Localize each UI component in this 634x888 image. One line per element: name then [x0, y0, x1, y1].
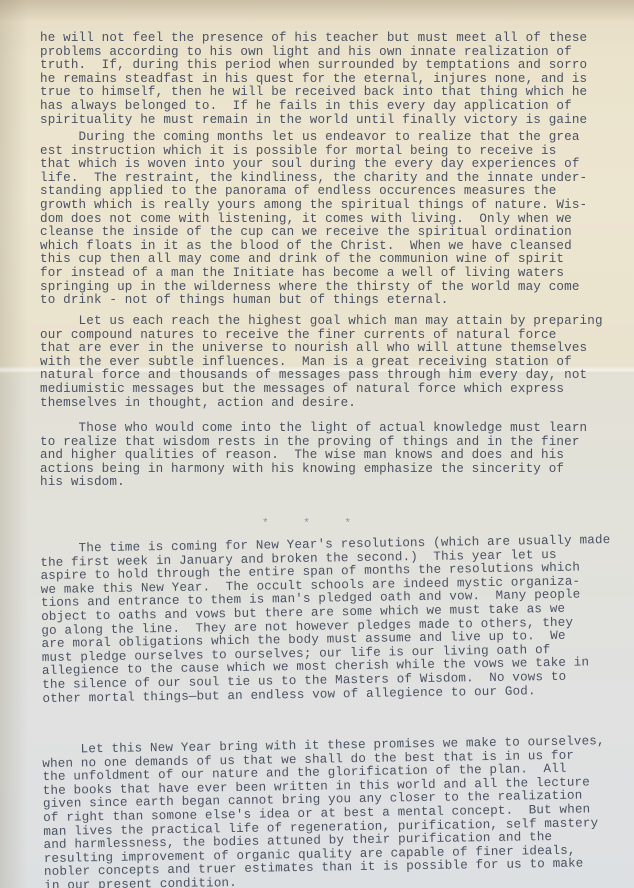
text-line: our compound natures to receive the fine… [40, 329, 603, 343]
text-line: this cup then all may come and drink of … [40, 253, 587, 267]
text-line: mediumistic messages but the messages of… [40, 383, 603, 397]
text-line: that are ever in the universe to nourish… [40, 342, 603, 356]
text-line: actions being in harmony with his knowin… [40, 463, 587, 477]
text-line: true to himself, then he will be receive… [40, 86, 587, 100]
text-line: springing up in the wilderness where the… [40, 281, 587, 295]
text-line: for instead of a man the Initiate has be… [40, 267, 587, 281]
text-line: that which is woven into your soul durin… [40, 158, 587, 172]
text-line: and higher qualities of reason. The wise… [40, 449, 587, 463]
paragraph-1: he will not feel the presence of his tea… [40, 32, 587, 127]
text-line: standing applied to the panorama of endl… [40, 185, 587, 199]
text-line: During the coming months let us endeavor… [40, 131, 587, 145]
text-line: truth. If, during this period when surro… [40, 59, 587, 73]
text-line: problems according to his own light and … [40, 46, 587, 60]
paragraph-3: Let us each reach the highest goal which… [40, 315, 603, 410]
text-line: to drink - not of things human but of th… [40, 294, 587, 308]
text-line: he remains steadfast in his quest for th… [40, 73, 587, 87]
section-separator: * * * [262, 518, 365, 530]
text-line: to realize that wisdom rests in the prov… [40, 436, 587, 450]
text-line: growth which is really yours among the s… [40, 199, 587, 213]
text-line: has always belonged to. If he fails in t… [40, 100, 587, 114]
text-line: his wisdom. [40, 476, 587, 490]
text-line: spirituality he must remain in the world… [40, 114, 587, 128]
text-line: which floats in it as the blood of the C… [40, 240, 587, 254]
text-line: he will not feel the presence of his tea… [40, 32, 587, 46]
text-line: dom does not come with listening, it com… [40, 213, 587, 227]
text-line: themselves in thought, action and desire… [40, 397, 603, 411]
text-line: est instruction which it is possible for… [40, 145, 587, 159]
text-line: Let us each reach the highest goal which… [40, 315, 603, 329]
paragraph-5: The time is coming for New Year's resolu… [40, 534, 613, 706]
text-line: Those who would come into the light of a… [40, 422, 587, 436]
text-line: life. The restraint, the kindliness, the… [40, 172, 587, 186]
paragraph-6: Let this New Year bring with it these pr… [42, 735, 607, 888]
text-line: natural force and thousands of messages … [40, 369, 603, 383]
text-line: cleanse the inside of the cup can we rec… [40, 226, 587, 240]
typewritten-page: he will not feel the presence of his tea… [0, 0, 634, 888]
paragraph-2: During the coming months let us endeavor… [40, 131, 587, 308]
text-line: with the ever subtle influences. Man is … [40, 356, 603, 370]
paragraph-4: Those who would come into the light of a… [40, 422, 587, 490]
